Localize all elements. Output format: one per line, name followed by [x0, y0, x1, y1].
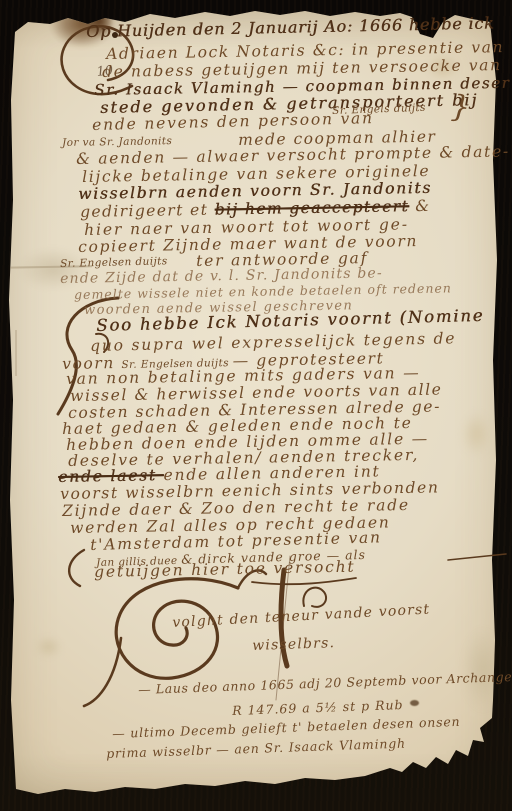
interlinear-insertion: Jor va Sr. Jandonits — [62, 136, 172, 148]
foxing-spot — [462, 412, 492, 456]
text-segment: gedirigeert et — [80, 201, 215, 221]
manuscript-photo: 10 Op Huijden den 2 Januarij Ao: 1666 he… — [0, 0, 512, 811]
insertion-bracket: } — [450, 92, 471, 123]
interlinear-insertion: Sr. Engelsen duijts — [60, 256, 168, 269]
crease-line — [15, 330, 17, 376]
foxing-spot — [34, 636, 62, 658]
closing-line: wisselbrs. — [252, 636, 335, 653]
text-segment: & — [409, 197, 431, 215]
ink-speck — [410, 700, 419, 706]
